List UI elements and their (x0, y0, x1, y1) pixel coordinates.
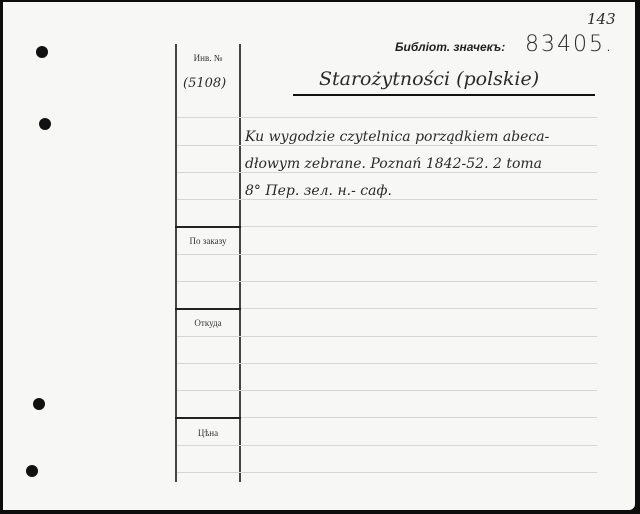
punch-hole (39, 118, 51, 130)
catalog-card: Инв. № (5108) По заказу Откуда Цѣна 143 … (3, 2, 635, 510)
ruled-line (241, 226, 597, 227)
ruled-line (177, 363, 597, 364)
description-line: Ku wygodzie czytelnica porządkiem abeca- (245, 129, 549, 145)
ruled-line (177, 472, 597, 473)
library-mark-label: Библіот. значекъ: (395, 40, 505, 54)
ruled-line (241, 308, 597, 309)
description-line: 8° Пер. зел. н.- саф. (245, 183, 392, 199)
ruled-line (177, 117, 597, 118)
ruled-line (177, 254, 597, 255)
ruled-line (177, 281, 597, 282)
ruled-line (177, 172, 597, 173)
ruled-line (177, 445, 597, 446)
punch-hole (26, 465, 38, 477)
page-number: 143 (587, 10, 616, 28)
from-where-label: Откуда (176, 318, 240, 328)
ruled-line (177, 199, 597, 200)
section-divider (175, 417, 241, 419)
ruled-line (177, 390, 597, 391)
inventory-label: Инв. № (176, 52, 240, 64)
by-order-label: По заказу (176, 236, 240, 246)
punch-hole (36, 46, 48, 58)
punch-hole (33, 398, 45, 410)
library-mark-value: 83405. (525, 32, 614, 57)
ruled-line (177, 145, 597, 146)
subject-heading: Starożytności (polskie) (319, 68, 539, 90)
section-divider (175, 226, 241, 228)
description-line: dłowym zebrane. Poznań 1842-52. 2 toma (245, 156, 542, 172)
subject-heading-underline (293, 94, 595, 96)
price-label: Цѣна (176, 428, 240, 438)
ruled-line (177, 336, 597, 337)
section-divider (175, 308, 241, 310)
inventory-number: (5108) (183, 76, 226, 91)
ruled-line (241, 417, 597, 418)
